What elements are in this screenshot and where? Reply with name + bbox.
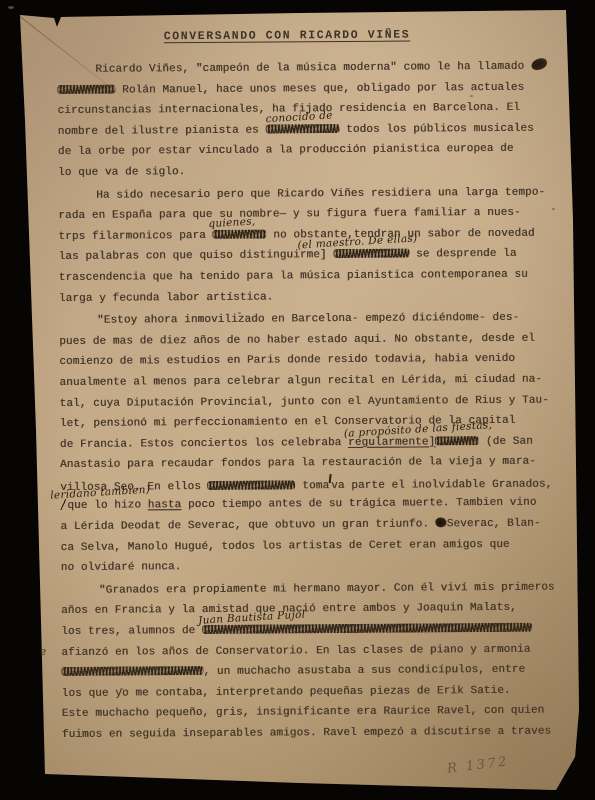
typed-text: nombre del ilustre pianista es	[58, 124, 266, 137]
typed-text: Rolán Manuel, hace unos meses que, oblig…	[115, 81, 524, 96]
typed-text: las palabras con que quiso distinguirme]	[59, 249, 334, 263]
typed-text: se desprende la	[409, 248, 516, 261]
handwritten-text: conocido de	[265, 110, 333, 124]
ink-strikeout-scribble	[333, 249, 409, 259]
text-line: de la orbe por estar vinculado a la prod…	[58, 139, 560, 163]
ink-strikeout-scribble	[435, 436, 479, 445]
text-line: lo que va de siglo.	[58, 159, 560, 183]
typed-text: (de San	[479, 435, 533, 447]
typed-text: va parte el inolvidable Granados,	[331, 478, 552, 492]
typed-text: Ricardo Viñes, "campeón de la música mod…	[95, 61, 531, 76]
typed-text: "Estoy ahora inmovilizado en Barcelona- …	[97, 312, 519, 327]
typed-text: toma	[296, 480, 330, 492]
text-line: no olvidaré nunca.	[61, 555, 563, 579]
document-title: CONVERSANDO CON RICARDO VIÑES	[57, 27, 517, 46]
handwritten-text: quienes,	[208, 216, 256, 229]
insertion-slash-mark	[60, 499, 66, 510]
typed-text: Este muchacho pequeño, gris, insignifica…	[62, 705, 545, 720]
typed-text: todos los públicos musicales	[339, 122, 533, 135]
typed-text: fuimos en seguida inseparables amigos. R…	[62, 726, 551, 741]
paragraph: Ha sido necesario pero que Ricardo Viñes…	[58, 182, 561, 309]
typed-text: larga y fecunda labor artística.	[59, 291, 274, 304]
paragraph: Ricardo Viñes, "campeón de la música mod…	[57, 56, 560, 183]
typed-text: poco tiempo antes de su trágica muerte. …	[181, 497, 536, 511]
text-line: ca Selva, Manolo Hugué, todos los artist…	[61, 534, 563, 558]
paragraph: "Estoy ahora inmovilizado en Barcelona- …	[59, 308, 563, 579]
typed-text: a Lérida Deodat de Severac, que obtuvo u…	[60, 518, 435, 533]
ink-strikeout-scribble	[208, 480, 296, 490]
text-line: trascendencia que ha tenido para la músi…	[59, 264, 561, 288]
typed-text: trps filarmonicos para	[58, 230, 212, 243]
ink-strikeout-scribble	[213, 229, 267, 238]
ink-strikeout-scribble	[202, 623, 532, 634]
typed-text: , un muchacho asustaba a sus condicípulo…	[203, 664, 525, 678]
catalog-number: R 1372	[446, 754, 509, 776]
typed-text: tal, cuya Diputación Provincial, junto c…	[60, 394, 549, 409]
typed-text: no olvidaré nunca.	[61, 561, 182, 574]
text-line: fuimos en seguida inseparables amigos. R…	[62, 721, 564, 745]
scanned-page: CONVERSANDO CON RICARDO VIÑES Ricardo Vi…	[0, 0, 595, 800]
typed-text: los tres, alumnos de	[61, 625, 202, 638]
typed-text: pues de mas de diez años de no haber est…	[59, 332, 535, 347]
text-line: Ricardo Viñes, "campeón de la música mod…	[57, 56, 559, 80]
typed-text: Severac, Blan-	[447, 518, 541, 531]
paper-sheet: CONVERSANDO CON RICARDO VIÑES Ricardo Vi…	[0, 0, 595, 800]
typed-text: anualmente al menos para celebrar algun …	[59, 374, 542, 389]
typed-content: CONVERSANDO CON RICARDO VIÑES Ricardo Vi…	[57, 26, 564, 747]
typed-text: comienzo de mis estudios en Paris donde …	[59, 353, 515, 368]
typed-text: de la orbe por estar vinculado a la prod…	[58, 143, 514, 158]
typed-text: afianzó en los años de Conservatorio. En…	[61, 643, 530, 658]
typed-text: rada en España para que su nombre— y su …	[58, 207, 520, 222]
paragraph: "Granados era propiamente mi hermano may…	[61, 577, 564, 745]
ink-strikeout-scribble	[265, 124, 339, 134]
typed-text: trascendencia que ha tenido para la músi…	[59, 269, 528, 284]
typed-text: "Granados era propiamente mi hermano may…	[99, 581, 555, 596]
typed-text: Ha sido necesario pero que Ricardo Viñes…	[96, 186, 545, 201]
typed-text: los que yo me contaba, interpretando peq…	[62, 685, 511, 700]
typed-text: de Francia. Estos conciertos los celebra…	[60, 437, 348, 451]
text-line: anualmente al menos para celebrar algun …	[59, 369, 561, 393]
underlined-typed-text: hasta	[148, 500, 182, 512]
handwritten-text: se	[34, 646, 47, 657]
typed-text: ca Selva, Manolo Hugué, todos los artist…	[61, 539, 510, 554]
ink-strikeout-scribble	[61, 666, 203, 676]
text-line: larga y fecunda labor artística.	[59, 285, 561, 309]
typed-text: lo que va de siglo.	[58, 166, 185, 179]
ink-blot	[530, 57, 548, 72]
typed-text: que lo hizo	[67, 500, 148, 513]
ink-strikeout-scribble	[57, 84, 115, 93]
typed-text: Anastasio para recaudar fondos para la r…	[60, 456, 536, 471]
dust-speck	[8, 6, 14, 9]
